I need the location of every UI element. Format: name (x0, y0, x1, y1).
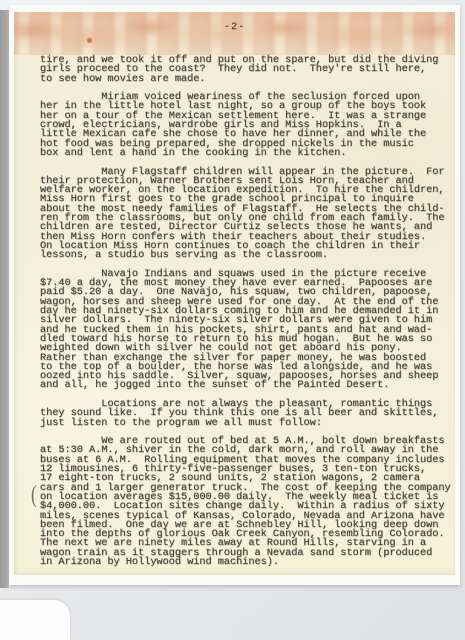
scanner-shadow-strip (0, 10, 9, 588)
typed-paragraph-tire-spare: tire, and we took it off and put on the … (40, 56, 458, 84)
typed-page: -2- tire, and we took it off and put on … (14, 12, 455, 575)
typed-paragraph-navajo-silver: Navajo Indians and squaws used in the pi… (40, 270, 458, 391)
underlying-page-corner (0, 600, 70, 640)
typed-paragraph-locations-intro: Locations are not always the pleasant, r… (40, 400, 458, 428)
ink-freckle (87, 38, 92, 43)
scanned-letter-page: -2- tire, and we took it off and put on … (0, 0, 465, 640)
letterhead-bleed-band (14, 12, 455, 55)
letter-body: tire, and we took it off and put on the … (40, 56, 458, 567)
handwritten-margin-mark: ( (31, 480, 37, 509)
typed-paragraph-flagstaff-children: Many Flagstaff children will appear in t… (40, 168, 458, 261)
typed-paragraph-daily-program: We are routed out of bed at 5 A.M., bolt… (40, 437, 458, 567)
page-number: -2- (14, 21, 455, 33)
typed-paragraph-miriam-tour: Miriam voiced weariness of the seclusion… (40, 93, 458, 158)
